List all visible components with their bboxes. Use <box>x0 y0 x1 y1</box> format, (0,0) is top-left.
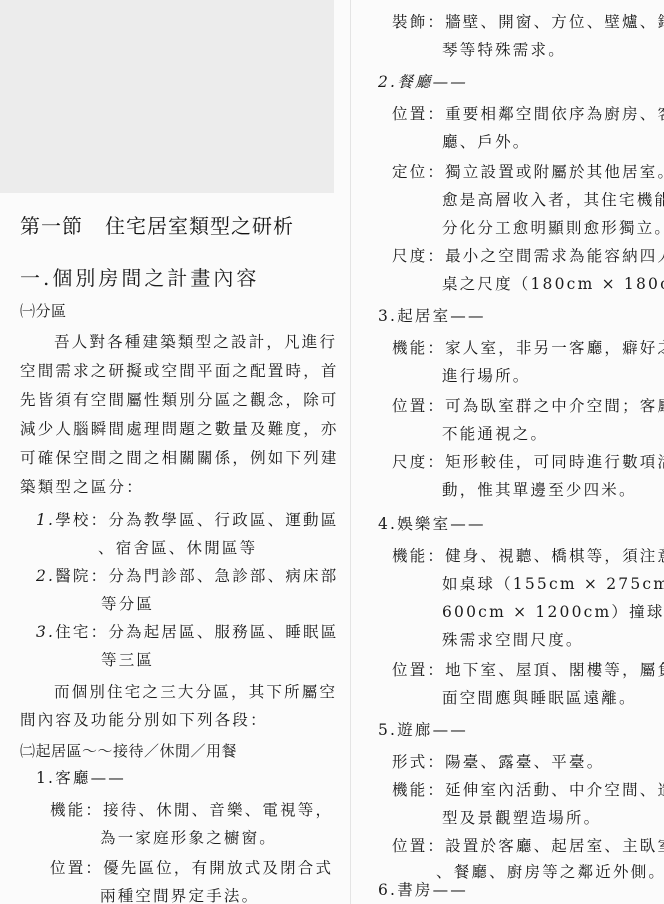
room-title-recreation-room: 4.娛樂室—— <box>378 514 486 534</box>
room-item-line: 愈是高層收入者，其住宅機能 <box>442 190 664 210</box>
room-item-line: 如桌球（155cm × 275cm ／ <box>442 574 664 594</box>
paragraph-line: 空間需求之研擬或空間平面之配置時，首 <box>20 361 339 381</box>
room-item: 機能：家人室，非另一客廳，癖好之 <box>392 338 664 358</box>
paragraph-line: 減少人腦瞬間處理問題之數量及難度，亦 <box>20 419 339 439</box>
room-item-line: 琴等特殊需求。 <box>442 40 566 60</box>
list-item-line: 、宿舍區、休閒區等 <box>98 538 257 558</box>
room-item-line: 不能通視之。 <box>442 424 548 444</box>
subheading-living-zone: ㈡起居區～～接待／休閒／用餐 <box>20 740 237 761</box>
room-item-line: 廳、戶外。 <box>442 132 531 152</box>
paragraph-line: 吾人對各種建築類型之設計，凡進行 <box>54 332 337 352</box>
list-item-residence: 3.住宅：分為起居區、服務區、睡眠區 <box>36 622 338 642</box>
room-item-line: 600cm × 1200cm）撞球等之特 <box>442 602 664 622</box>
room-item-line: 殊需求空間尺度。 <box>442 630 584 650</box>
paragraph-line: 築類型之區分： <box>20 477 144 497</box>
list-item-line: 等分區 <box>101 594 154 614</box>
list-item-hospital: 2.醫院：分為門診部、急診部、病床部 <box>36 566 338 586</box>
paragraph-line: 先皆須有空間屬性類別分區之觀念，除可 <box>20 390 339 410</box>
heading: 一.個別房間之計畫內容 <box>20 262 259 291</box>
room-item-line: 動，惟其單邊至少四米。 <box>442 480 637 500</box>
room-item: 裝飾：牆壁、開窗、方位、壁爐、鋼 <box>392 12 664 32</box>
room-item-line: 桌之尺度（180cm × 180cm） <box>442 274 664 294</box>
list-item-school: 1.學校：分為教學區、行政區、運動區 <box>36 510 338 530</box>
room-item: 機能：接待、休閒、音樂、電視等， <box>50 800 333 820</box>
subheading-zoning: ㈠分區 <box>20 300 67 321</box>
section-number: 第一節 <box>20 214 83 238</box>
room-item: 位置：設置於客廳、起居室、主臥室 <box>392 836 664 856</box>
room-item: 位置：地下室、屋頂、閣樓等，屬負 <box>392 660 664 680</box>
room-item: 尺度：最小之空間需求為能容納四人 <box>392 246 664 266</box>
paragraph-line: 而個別住宅之三大分區，其下所屬空 <box>54 682 337 702</box>
paragraph-line: 間內容及功能分別如下列各段： <box>20 710 268 730</box>
room-item: 機能：健身、視聽、橋棋等，須注意 <box>392 546 664 566</box>
room-title-family-room: 3.起居室—— <box>378 306 486 326</box>
room-item-line: 分化分工愈明顯則愈形獨立。 <box>442 218 664 238</box>
room-item: 形式：陽臺、露臺、平臺。 <box>392 752 604 772</box>
room-item: 定位：獨立設置或附屬於其他居室。 <box>392 162 664 182</box>
room-item: 位置：重要相鄰空間依序為廚房、客 <box>392 104 664 124</box>
room-title-study: 6.書房—— <box>378 880 468 900</box>
column-divider <box>350 0 351 904</box>
room-item: 位置：可為臥室群之中介空間；客廳 <box>392 396 664 416</box>
room-item-line: 、餐廳、廚房等之鄰近外側。 <box>436 862 664 882</box>
room-title-living-room: 1.客廳—— <box>36 768 126 788</box>
room-item-line: 面空間應與睡眠區遠離。 <box>442 688 637 708</box>
room-item-line: 型及景觀塑造場所。 <box>442 808 601 828</box>
room-item: 機能：延伸室內活動、中介空間、造 <box>392 780 664 800</box>
room-title-dining-room: 2.餐廳—— <box>378 72 468 92</box>
room-item-line: 兩種空間界定手法。 <box>100 886 259 904</box>
section-title-text: 住宅居室類型之研析 <box>105 214 294 238</box>
room-item-line: 進行場所。 <box>442 366 531 386</box>
paragraph-line: 可確保空間之間之相關關係，例如下列建 <box>20 448 339 468</box>
figure-placeholder <box>0 0 334 193</box>
room-title-veranda: 5.遊廊—— <box>378 720 468 740</box>
room-item: 尺度：矩形較佳，可同時進行數項活 <box>392 452 664 472</box>
room-item: 位置：優先區位，有開放式及閉合式 <box>50 858 333 878</box>
list-item-line: 等三區 <box>101 650 154 670</box>
room-item-line: 為一家庭形象之櫥窗。 <box>100 828 277 848</box>
section-title: 第一節住宅居室類型之研析 <box>20 210 294 239</box>
